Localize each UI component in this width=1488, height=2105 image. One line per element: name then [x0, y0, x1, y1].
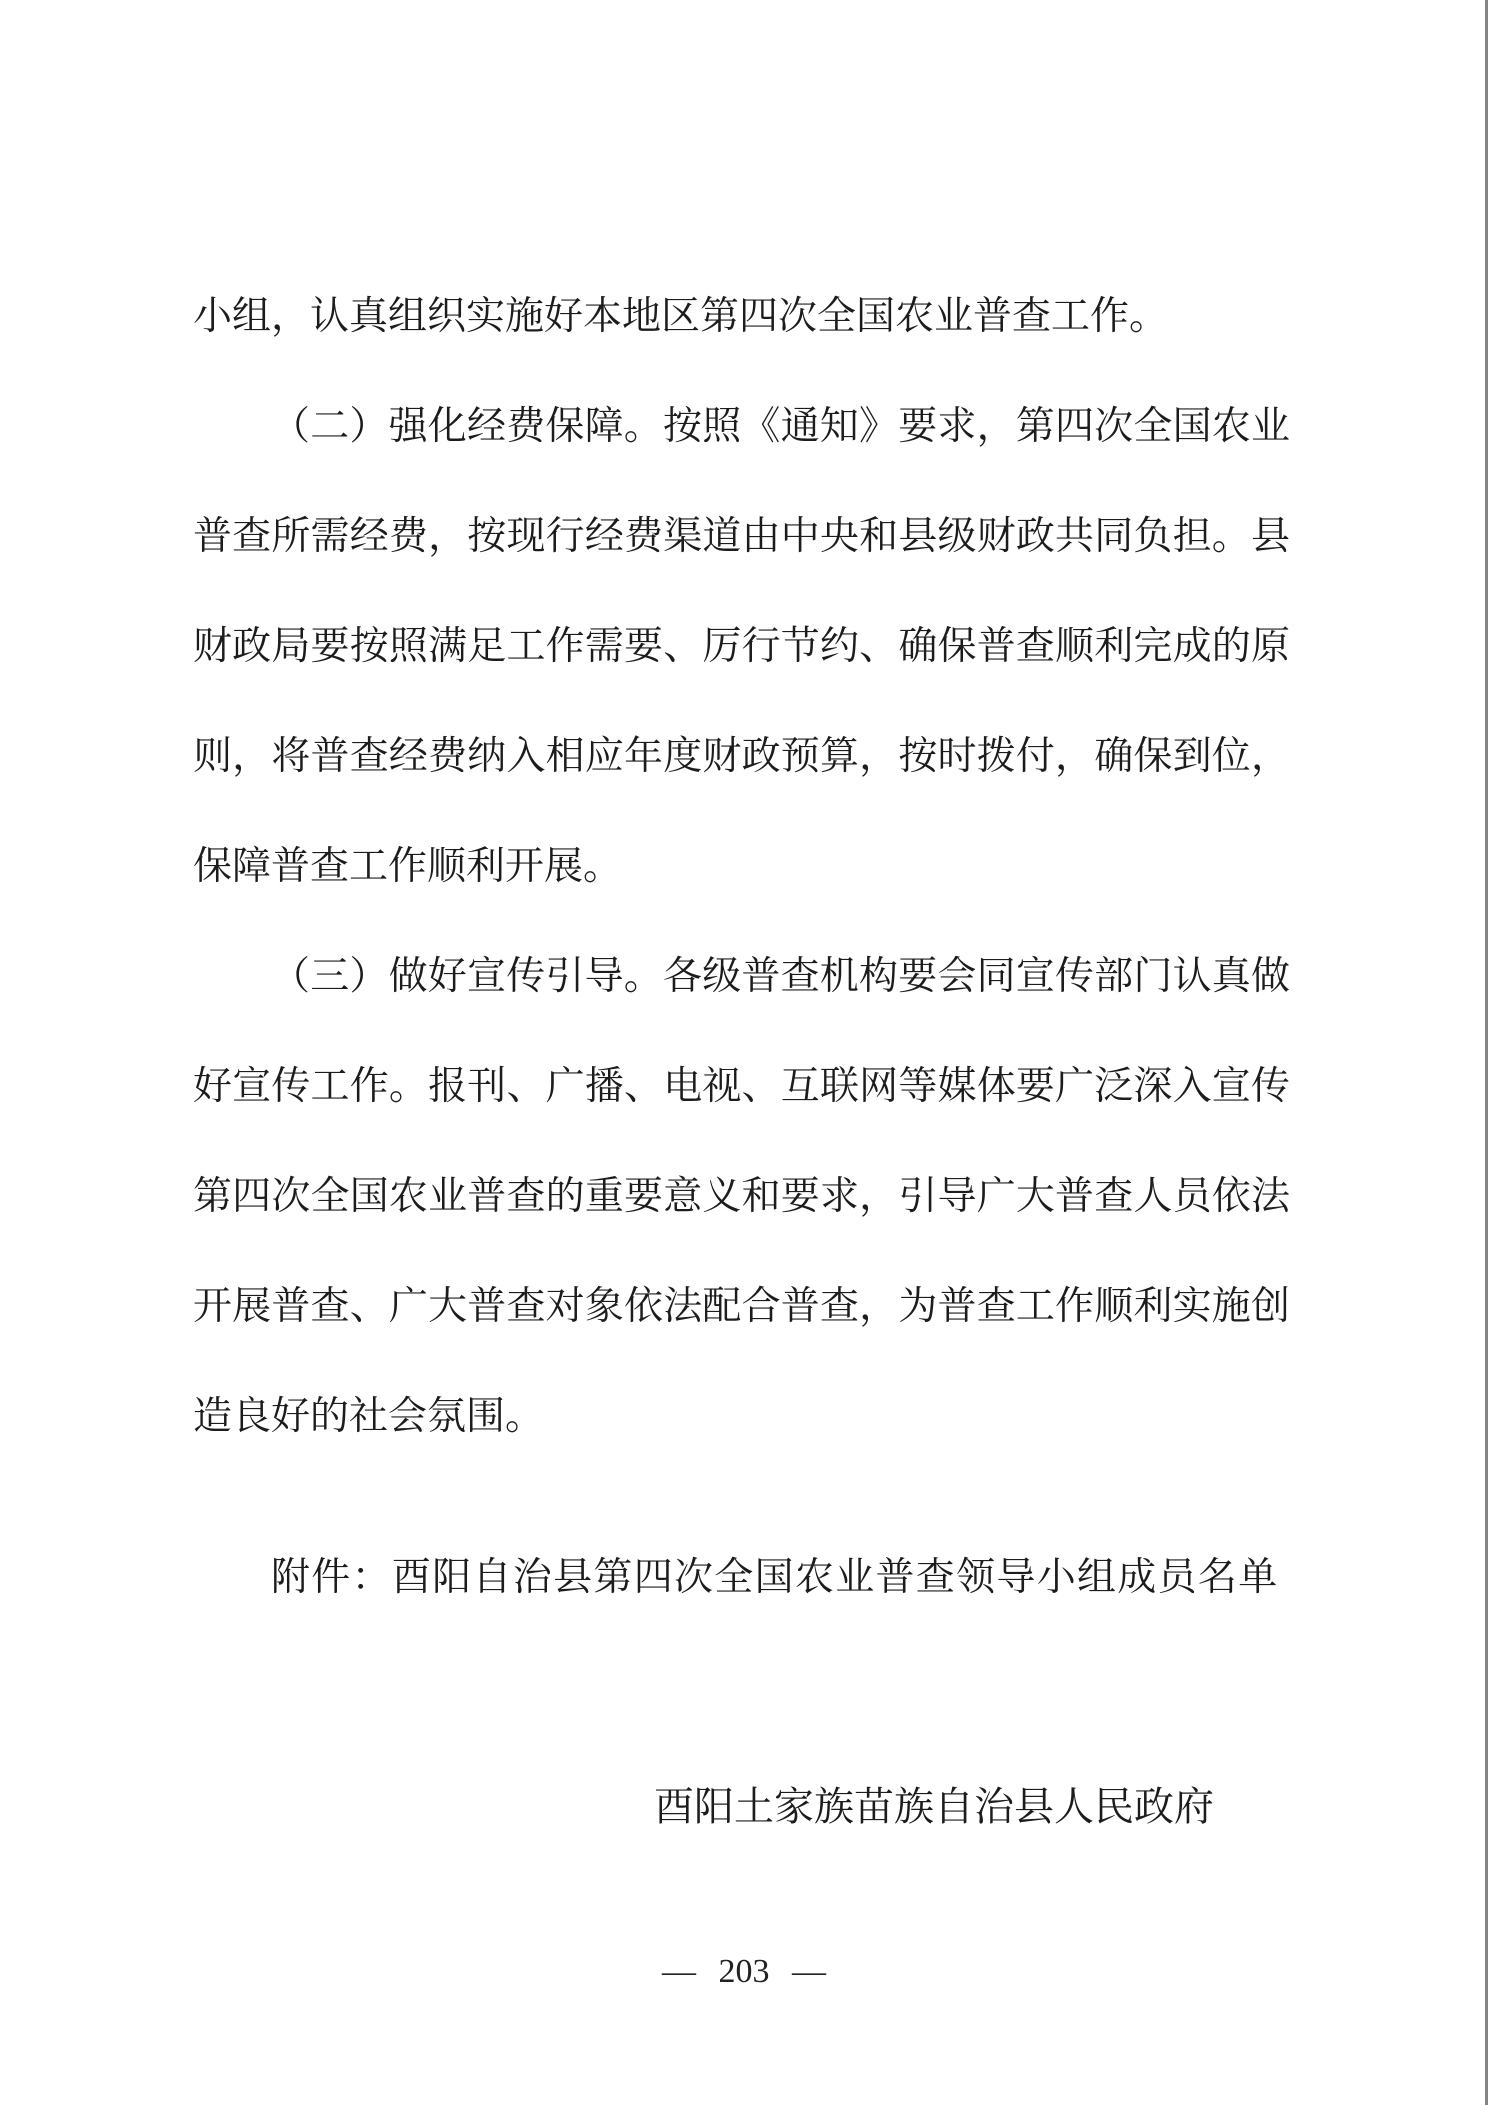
- text-line: （三）做好宣传引导。各级普查机构要会同宣传部门认真做: [193, 922, 1290, 1032]
- attachment-line: 附件：酉阳自治县第四次全国农业普查领导小组成员名单: [193, 1523, 1290, 1633]
- issuing-authority-signature: 酉阳土家族苗族自治县人民政府: [654, 1752, 1214, 1862]
- text-line: （二）强化经费保障。按照《通知》要求，第四次全国农业: [193, 372, 1290, 482]
- text-line: 好宣传工作。报刊、广播、电视、互联网等媒体要广泛深入宣传: [193, 1032, 1290, 1142]
- text-line: 普查所需经费，按现行经费渠道由中央和县级财政共同负担。县: [193, 482, 1290, 592]
- text-line: 则，将普查经费纳入相应年度财政预算，按时拨付，确保到位，: [193, 702, 1290, 812]
- body-text: 小组，认真组织实施好本地区第四次全国农业普查工作。 （二）强化经费保障。按照《通…: [193, 262, 1290, 1472]
- text-line: 第四次全国农业普查的重要意义和要求，引导广大普查人员依法: [193, 1142, 1290, 1252]
- document-page: 小组，认真组织实施好本地区第四次全国农业普查工作。 （二）强化经费保障。按照《通…: [0, 0, 1488, 2105]
- text-line: 造良好的社会氛围。: [193, 1362, 1290, 1472]
- text-line: 保障普查工作顺利开展。: [193, 812, 1290, 922]
- text-line: 财政局要按照满足工作需要、厉行节约、确保普查顺利完成的原: [193, 592, 1290, 702]
- text-line: 开展普查、广大普查对象依法配合普查，为普查工作顺利实施创: [193, 1252, 1290, 1362]
- text-line: 小组，认真组织实施好本地区第四次全国农业普查工作。: [193, 262, 1290, 372]
- page-number: — 203 —: [0, 1942, 1488, 2002]
